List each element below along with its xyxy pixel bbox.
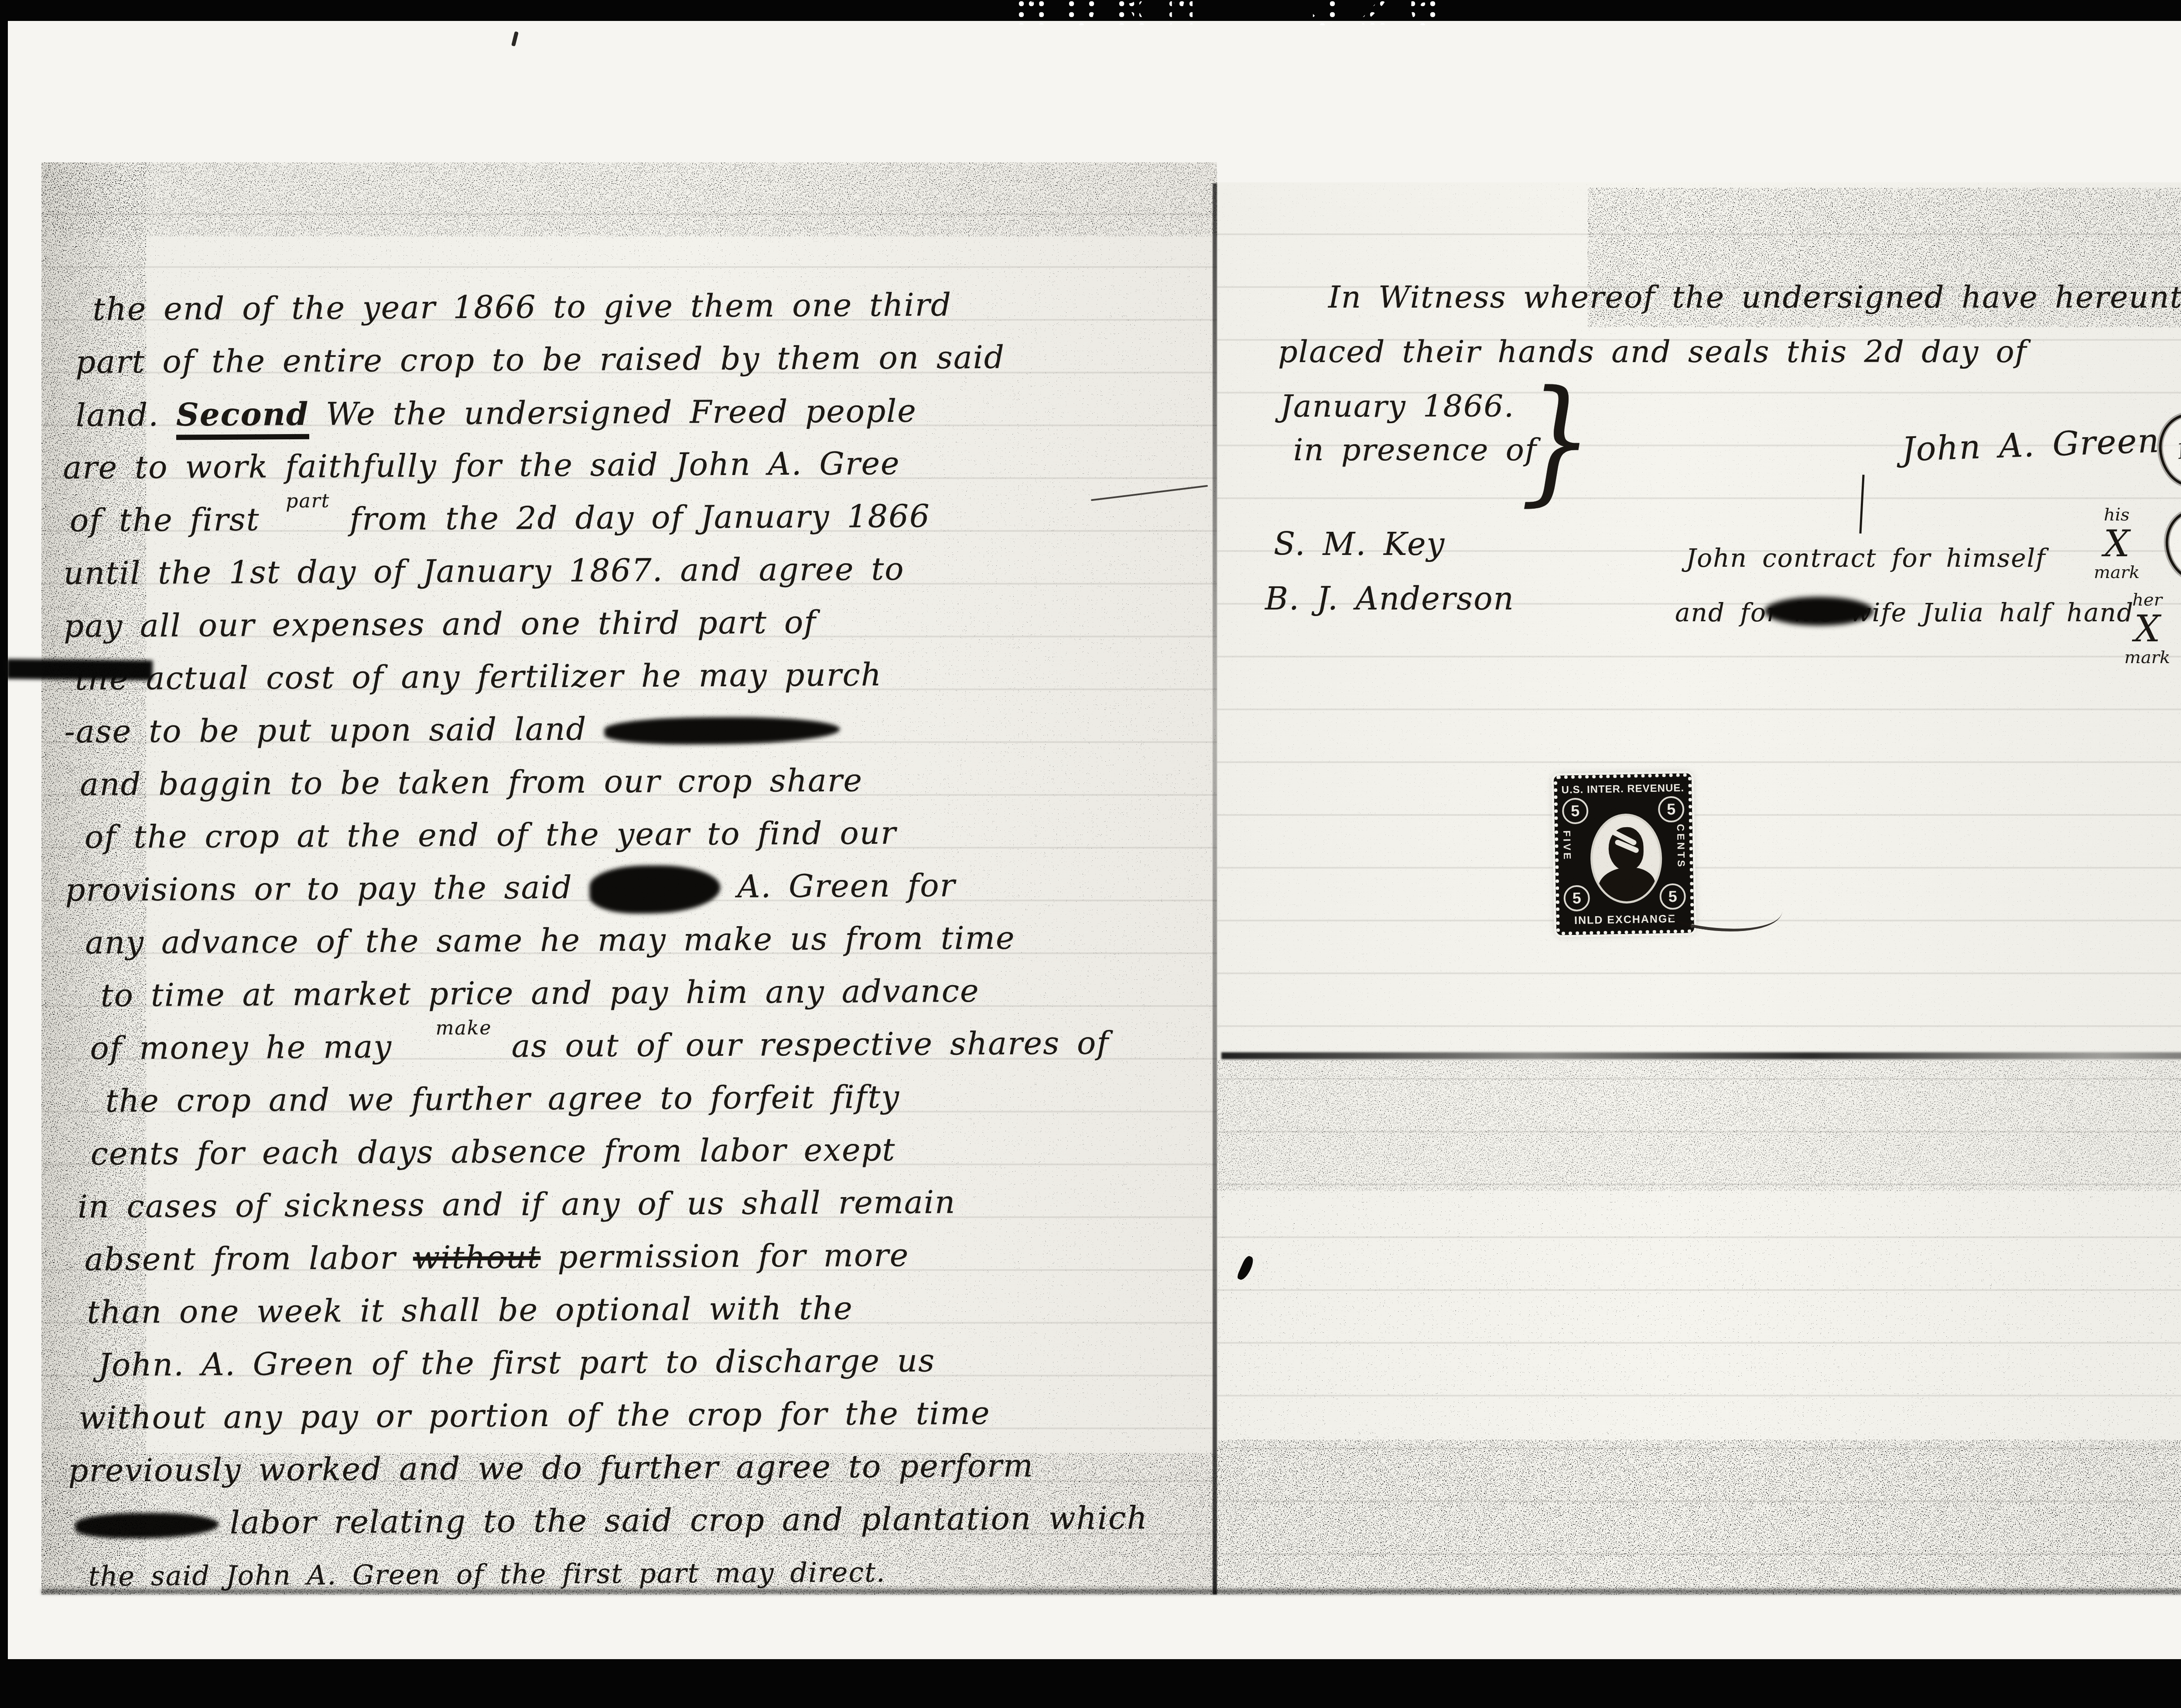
stamp-right-label: CENTS xyxy=(1675,824,1687,869)
line-text: in cases of sickness and if any of us sh… xyxy=(78,1184,956,1225)
line-text: of the crop at the end of the year to fi… xyxy=(85,815,897,856)
line-text: the crop and we further agree to forfeit… xyxy=(106,1078,900,1119)
mark-label-bottom: mark xyxy=(2124,649,2170,666)
contract-line: part of the entire crop to be raised by … xyxy=(62,330,1197,389)
line-text: John. A. Green of the first part to disc… xyxy=(98,1342,935,1383)
line-text: as out of our respective shares of xyxy=(494,1024,1109,1064)
line-text: any advance of the same he may make us f… xyxy=(85,919,1015,961)
line-text: from the 2d day of January 1866 xyxy=(332,497,930,537)
contract-line: the end of the year 1866 to give them on… xyxy=(62,277,1196,336)
contract-line: in cases of sickness and if any of us sh… xyxy=(67,1174,1201,1233)
contract-line: without any pay or portion of the crop f… xyxy=(68,1386,1202,1444)
witness-clause-line: placed their hands and seals this 2d day… xyxy=(1278,334,2027,370)
line-text: previously worked and we do further agre… xyxy=(68,1447,1034,1489)
x-mark: X xyxy=(2134,610,2160,647)
line-text: part of the entire crop to be raised by … xyxy=(75,339,1005,380)
mark-label-top: his xyxy=(2104,506,2130,524)
contract-body-text: the end of the year 1866 to give them on… xyxy=(62,277,1203,1603)
date-line: January 1866. xyxy=(1280,388,1514,424)
line-text: the said John A. Green of the first part… xyxy=(88,1556,885,1592)
stamp-denomination: 5 xyxy=(1562,798,1589,824)
contract-line: John. A. Green of the first part to disc… xyxy=(68,1333,1202,1392)
contract-line: of the first part from the 2d day of Jan… xyxy=(63,488,1198,547)
contract-line: of the crop at the end of the year to fi… xyxy=(65,805,1199,864)
contract-line: land. Second We the undersigned Freed pe… xyxy=(62,383,1197,442)
x-mark: X xyxy=(2104,525,2130,562)
contract-line: cents for each days absence from labor e… xyxy=(66,1122,1201,1181)
horizontal-fold-line xyxy=(1221,1052,2181,1059)
witness-signature: B. J. Anderson xyxy=(1265,580,1514,617)
stamp-left-label: FIVE xyxy=(1561,830,1573,862)
witness-signature: S. M. Key xyxy=(1274,526,1445,562)
mark-line-text: and for his wife Julia half hand xyxy=(1675,598,2134,627)
contract-line: -ase to be put upon said land xyxy=(64,699,1199,758)
frame-marker-text: MORM J20 xyxy=(1016,0,1457,37)
line-text: cents for each days absence from labor e… xyxy=(90,1131,896,1172)
contract-line: until the 1st day of January 1867. and a… xyxy=(63,541,1198,600)
contract-line: pay all our expenses and one third part … xyxy=(64,594,1198,653)
contract-line: previously worked and we do further agre… xyxy=(68,1438,1203,1497)
mark-label-top: her xyxy=(2132,591,2162,609)
struck-word: without xyxy=(413,1239,541,1276)
inserted-word: make xyxy=(412,1028,492,1029)
line-text: the end of the year 1866 to give them on… xyxy=(92,286,952,327)
line-text: and baggin to be taken from our crop sha… xyxy=(80,762,863,802)
line-text: We the undersigned Freed people xyxy=(309,393,917,432)
presence-line: in presence of xyxy=(1293,432,1537,468)
line-text: A. Green for xyxy=(720,867,956,905)
line-text: land. xyxy=(75,396,176,433)
dark-streak xyxy=(7,659,153,681)
line-text: permission for more xyxy=(540,1237,909,1275)
line-text: until the 1st day of January 1867. and a… xyxy=(63,551,904,592)
line-text: labor relating to the said crop and plan… xyxy=(230,1499,1148,1541)
line-text: provisions or to pay the said xyxy=(65,869,590,908)
line-text: pay all our expenses and one third part … xyxy=(64,604,817,644)
line-text: of the first xyxy=(70,501,277,538)
contract-line: labor relating to the said crop and plan… xyxy=(68,1491,1203,1550)
underlined-word: Second xyxy=(176,395,309,440)
mark-label-bottom: mark xyxy=(2094,564,2140,581)
stamp-denomination: 5 xyxy=(1563,885,1590,911)
ink-blot xyxy=(1764,597,1873,626)
line-text: are to work faithfully for the said John… xyxy=(63,445,900,486)
contract-line: the actual cost of any fertilizer he may… xyxy=(64,647,1199,705)
microfilm-scan-frame: MORM J20 the end of the year 1866 to giv… xyxy=(0,0,2181,1708)
seal-text: L.S. xyxy=(2176,434,2181,464)
contract-line: are to work faithfully for the said John… xyxy=(63,435,1197,494)
stamp-header: U.S. INTER. REVENUE. xyxy=(1557,782,1688,796)
ink-blot xyxy=(589,865,721,914)
contract-line: provisions or to pay the said A. Green f… xyxy=(65,858,1200,917)
contract-line: and baggin to be taken from our crop sha… xyxy=(65,752,1199,811)
her-mark-stack: her X mark xyxy=(2124,591,2170,666)
his-mark-stack: his X mark xyxy=(2094,506,2140,581)
line-text: -ase to be put upon said land xyxy=(64,711,587,750)
contract-line: absent from labor without permission for… xyxy=(67,1227,1202,1286)
stamp-denomination: 5 xyxy=(1658,796,1685,823)
line-text: absent from labor xyxy=(85,1239,413,1278)
contract-line: than one week it shall be optional with … xyxy=(67,1280,1202,1339)
ink-blot xyxy=(604,717,840,745)
center-fold-line xyxy=(1213,183,1217,1595)
contract-line: the crop and we further agree to forfeit… xyxy=(66,1069,1201,1128)
witness-clause-line: In Witness whereof the undersigned have … xyxy=(1328,279,2181,315)
mark-line-text: John contract for himself xyxy=(1686,543,2046,573)
line-text: the actual cost of any fertilizer he may… xyxy=(75,656,882,697)
inserted-word: part xyxy=(279,501,330,502)
stamp-portrait xyxy=(1590,813,1663,904)
line-text: without any pay or portion of the crop f… xyxy=(79,1395,990,1436)
handwritten-brace: } xyxy=(1520,373,1594,508)
contract-line: to time at market price and pay him any … xyxy=(65,963,1200,1022)
portrait-bust xyxy=(1598,867,1655,904)
line-text: than one week it shall be optional with … xyxy=(87,1290,853,1330)
line-text: to time at market price and pay him any … xyxy=(100,972,979,1014)
ink-blot xyxy=(75,1513,219,1539)
contract-line: of money he may make as out of our respe… xyxy=(66,1016,1200,1075)
contract-line: any advance of the same he may make us f… xyxy=(65,910,1200,969)
line-text: of money he may xyxy=(90,1028,409,1067)
page-bottom-edge xyxy=(41,1589,2181,1594)
